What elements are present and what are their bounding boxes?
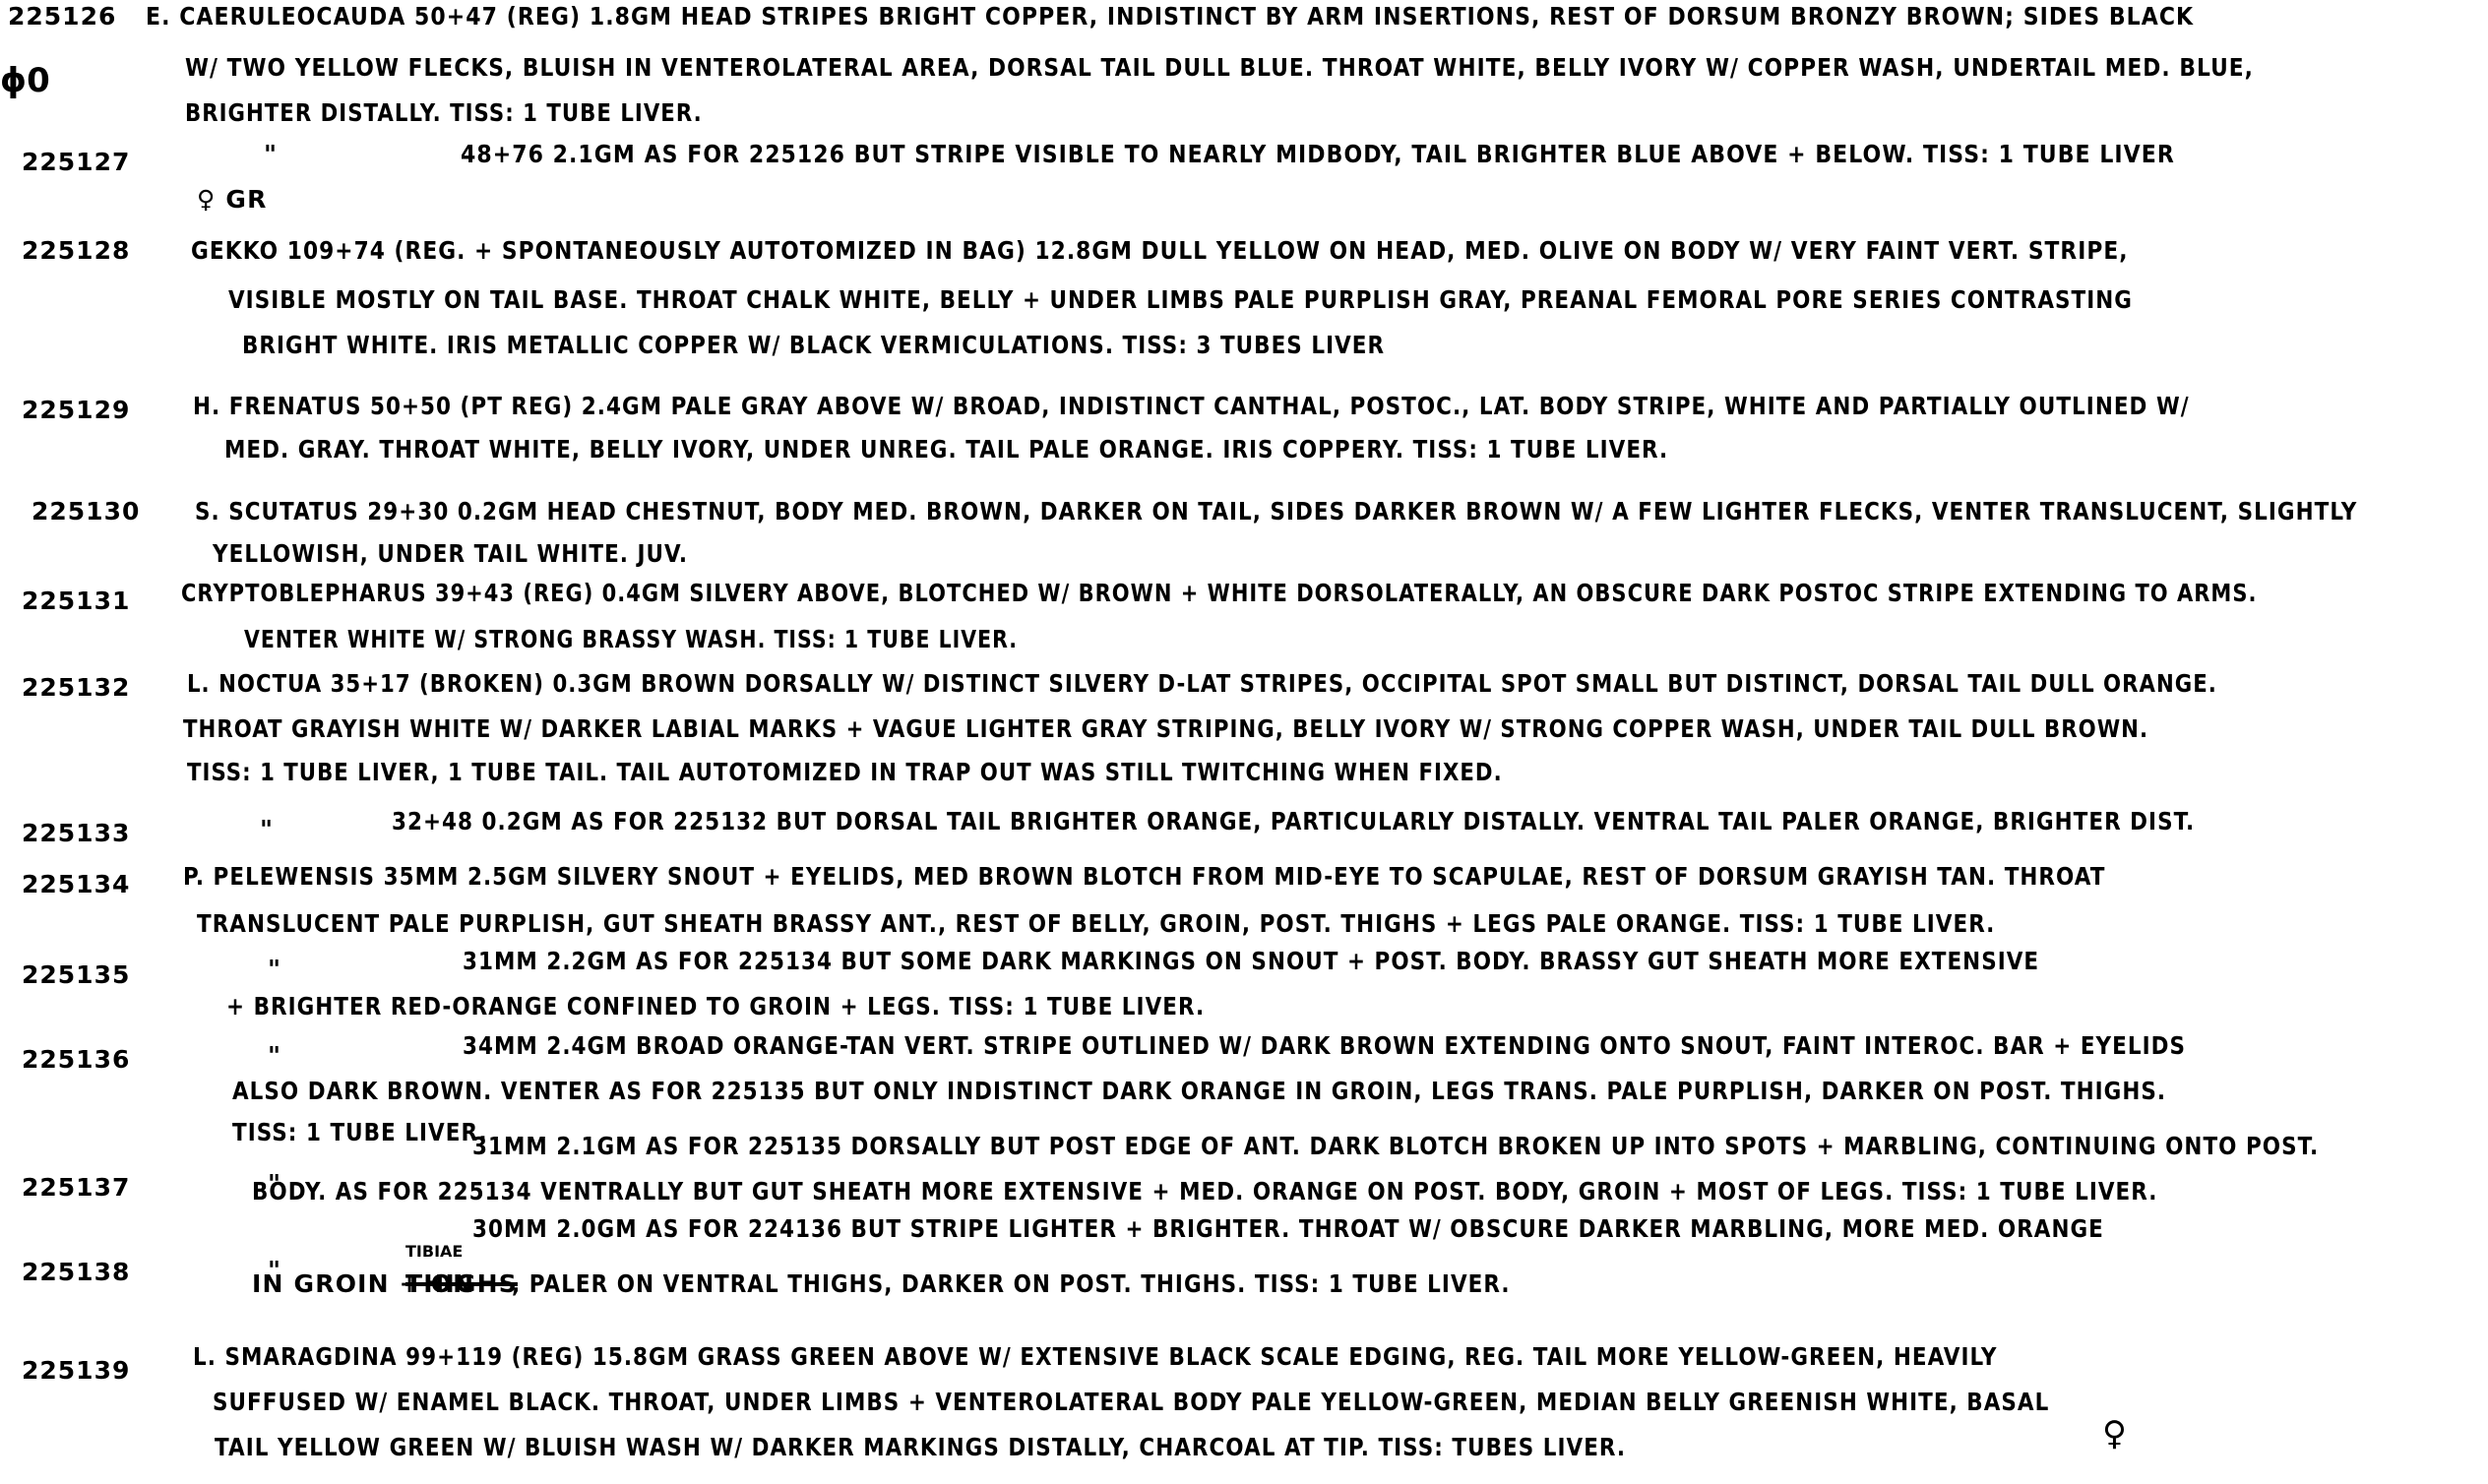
entry-line: GEKKO 109+74 (REG. + SPONTANEOUSLY AUTOT… [191,236,2129,266]
catalog-number: 225132 [22,673,130,703]
entry-line: 31mm 2.1gm AS FOR 225135 DORSALLY BUT PO… [472,1132,2319,1161]
catalog-number: 225137 [22,1173,130,1203]
entry-line: L. SMARAGDINA 99+119 (REG) 15.8gm GRASS … [193,1342,1997,1372]
entry-line: , PALER ON VENTRAL THIGHS, DARKER ON POS… [512,1269,1511,1299]
entry-line: H. FRENATUS 50+50 (PT REG) 2.4gm PALE GR… [193,392,2190,421]
entry-line: SUFFUSED W/ ENAMEL BLACK. THROAT, UNDER … [213,1388,2049,1417]
catalog-number: 225130 [31,497,140,526]
entry-line: 34mm 2.4gm BROAD ORANGE-TAN VERT. STRIPE… [463,1031,2186,1061]
female-symbol-icon: ♀ [2102,1419,2128,1449]
catalog-number: 225131 [22,587,130,616]
entry-line: BRIGHT WHITE. IRIS METALLIC COPPER W/ BL… [242,331,1385,360]
ditto-mark: " [268,955,281,984]
ditto-mark: " [260,815,274,844]
entry-line: BRIGHTER DISTALLY. TISS: 1 TUBE LIVER. [185,98,703,128]
entry-line: CRYPTOBLEPHARUS 39+43 (REG) 0.4gm SILVER… [181,579,2257,608]
entry-line: E. CAERULEOCAUDA 50+47 (REG) 1.8gm HEAD … [146,2,2194,31]
entry-line: TISS: 1 TUBE LIVER. [232,1118,488,1147]
struck-word: THIGHS [405,1269,518,1299]
entry-line: 31mm 2.2gm AS FOR 225134 BUT SOME DARK M… [463,947,2039,976]
entry-line: THROAT GRAYISH WHITE W/ DARKER LABIAL MA… [183,714,2148,744]
ditto-mark: " [268,1041,281,1071]
entry-line: 32+48 0.2gm AS FOR 225132 BUT DORSAL TAI… [392,807,2195,836]
entry-line: YELLOWISH, UNDER TAIL WHITE. JUV. [213,539,688,569]
catalog-number: 225135 [22,960,130,990]
entry-line: TISS: 1 TUBE LIVER, 1 TUBE TAIL. TAIL AU… [187,758,1503,787]
entry-line: 30mm 2.0gm AS FOR 224136 BUT STRIPE LIGH… [472,1214,2104,1244]
catalog-number: 225139 [22,1356,130,1386]
entry-line: W/ TWO YELLOW FLECKS, BLUISH IN VENTEROL… [185,53,2254,83]
inserted-correction: TIBIAE [405,1242,463,1261]
catalog-number: 225128 [22,236,130,266]
ditto-mark: " [264,140,278,169]
catalog-number: 225127 [22,148,130,177]
catalog-number: 225134 [22,870,130,899]
entry-line: ALSO DARK BROWN. VENTER AS FOR 225135 BU… [232,1077,2166,1106]
entry-line: TRANSLUCENT PALE PURPLISH, GUT SHEATH BR… [197,909,1995,939]
entry-line: TAIL YELLOW GREEN W/ BLUISH WASH W/ DARK… [215,1433,1626,1462]
entry-line: L. NOCTUA 35+17 (BROKEN) 0.3gm BROWN DOR… [187,669,2217,699]
catalog-number: 225138 [22,1258,130,1287]
entry-line: 48+76 2.1gm AS FOR 225126 BUT STRIPE VIS… [461,140,2175,169]
catalog-number: 225136 [22,1045,130,1075]
catalog-number: 225129 [22,396,130,425]
entry-line: + BRIGHTER RED-ORANGE CONFINED TO GROIN … [226,992,1205,1021]
catalog-number: 225126 [8,2,116,31]
entry-line: MED. GRAY. THROAT WHITE, BELLY IVORY, UN… [224,435,1668,464]
catalog-number: 225133 [22,819,130,848]
entry-line: P. PELEWENSIS 35mm 2.5gm SILVERY SNOUT +… [183,862,2105,892]
entry-line: BODY. AS FOR 225134 VENTRALLY BUT GUT SH… [252,1177,2157,1206]
entry-line: S. SCUTATUS 29+30 0.2gm HEAD CHESTNUT, B… [195,497,2357,526]
entry-line: VENTER WHITE W/ STRONG BRASSY WASH. TISS… [244,625,1018,654]
margin-mark: ɸ0 [0,61,50,100]
entry-line: ♀ GR [197,185,268,215]
entry-line: VISIBLE MOSTLY ON TAIL BASE. THROAT CHAL… [228,285,2133,315]
